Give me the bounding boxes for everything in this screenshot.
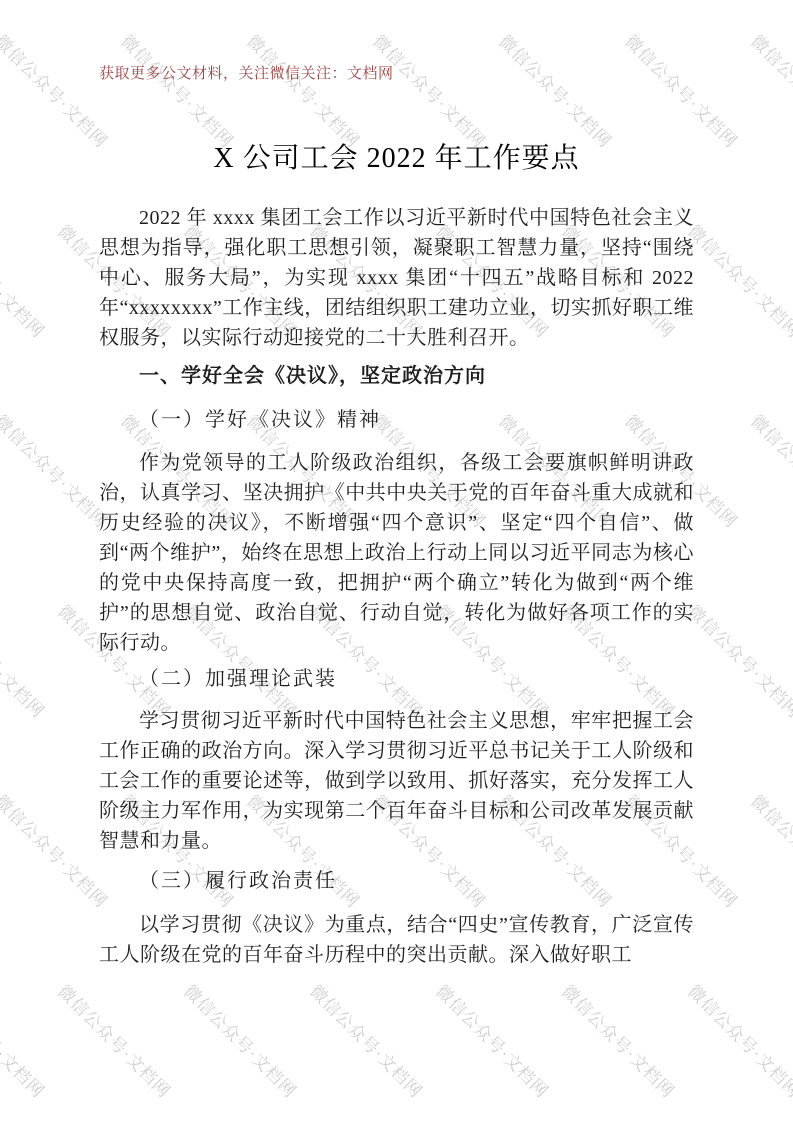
body-paragraph-intro: 2022 年 xxxx 集团工会工作以习近平新时代中国特色社会主义思想为指导，强… — [99, 203, 694, 353]
watermark-text: 微信公众号·文档网 — [746, 408, 793, 532]
watermark-text: 微信公众号·文档网 — [620, 28, 744, 152]
body-paragraph-2: 学习贯彻习近平新时代中国特色社会主义思想，牢牢把握工会工作正确的政治方向。深入学… — [99, 706, 694, 856]
section-heading-1: 一、学好全会《决议》，坚定政治方向 — [99, 361, 694, 391]
watermark-text: 微信公众号·文档网 — [0, 408, 115, 532]
watermark-text: 微信公众号·文档网 — [53, 978, 177, 1102]
subsection-heading-2: （二）加强理论武装 — [99, 664, 694, 694]
watermark-text: 微信公众号·文档网 — [368, 28, 492, 152]
watermark-text: 微信公众号·文档网 — [683, 598, 793, 722]
watermark-text: 微信公众号·文档网 — [305, 978, 429, 1102]
header-note: 获取更多公文材料，关注微信关注：文档网 — [99, 62, 394, 83]
watermark-text: 微信公众号·文档网 — [0, 218, 52, 342]
watermark-text: 微信公众号·文档网 — [494, 28, 618, 152]
body-paragraph-3: 以学习贯彻《决议》为重点，结合“四史”宣传教育，广泛宣传工人阶级在党的百年奋斗历… — [99, 910, 694, 970]
watermark-text: 微信公众号·文档网 — [0, 788, 115, 912]
watermark-text: 微信公众号·文档网 — [431, 978, 555, 1102]
document-title: X 公司工会 2022 年工作要点 — [99, 138, 694, 180]
watermark-text: 微信公众号·文档网 — [116, 28, 240, 152]
subsection-heading-3: （三）履行政治责任 — [99, 866, 694, 896]
watermark-text: 微信公众号·文档网 — [242, 28, 366, 152]
subsection-heading-1: （一）学好《决议》精神 — [99, 405, 694, 435]
watermark-text: 微信公众号·文档网 — [0, 978, 52, 1102]
watermark-text: 微信公众号·文档网 — [179, 978, 303, 1102]
watermark-text: 微信公众号·文档网 — [746, 28, 793, 152]
watermark-text: 微信公众号·文档网 — [746, 788, 793, 912]
body-paragraph-1: 作为党领导的工人阶级政治组织，各级工会要旗帜鲜明讲政治，认真学习、坚决拥护《中共… — [99, 448, 694, 658]
document-body: X 公司工会 2022 年工作要点 2022 年 xxxx 集团工会工作以习近平… — [99, 138, 694, 970]
watermark-text: 微信公众号·文档网 — [683, 978, 793, 1102]
watermark-text: 微信公众号·文档网 — [683, 218, 793, 342]
document-page: 微信公众号·文档网微信公众号·文档网微信公众号·文档网微信公众号·文档网微信公众… — [0, 0, 793, 1122]
watermark-text: 微信公众号·文档网 — [0, 598, 52, 722]
watermark-text: 微信公众号·文档网 — [557, 978, 681, 1102]
watermark-text: 微信公众号·文档网 — [0, 28, 115, 152]
